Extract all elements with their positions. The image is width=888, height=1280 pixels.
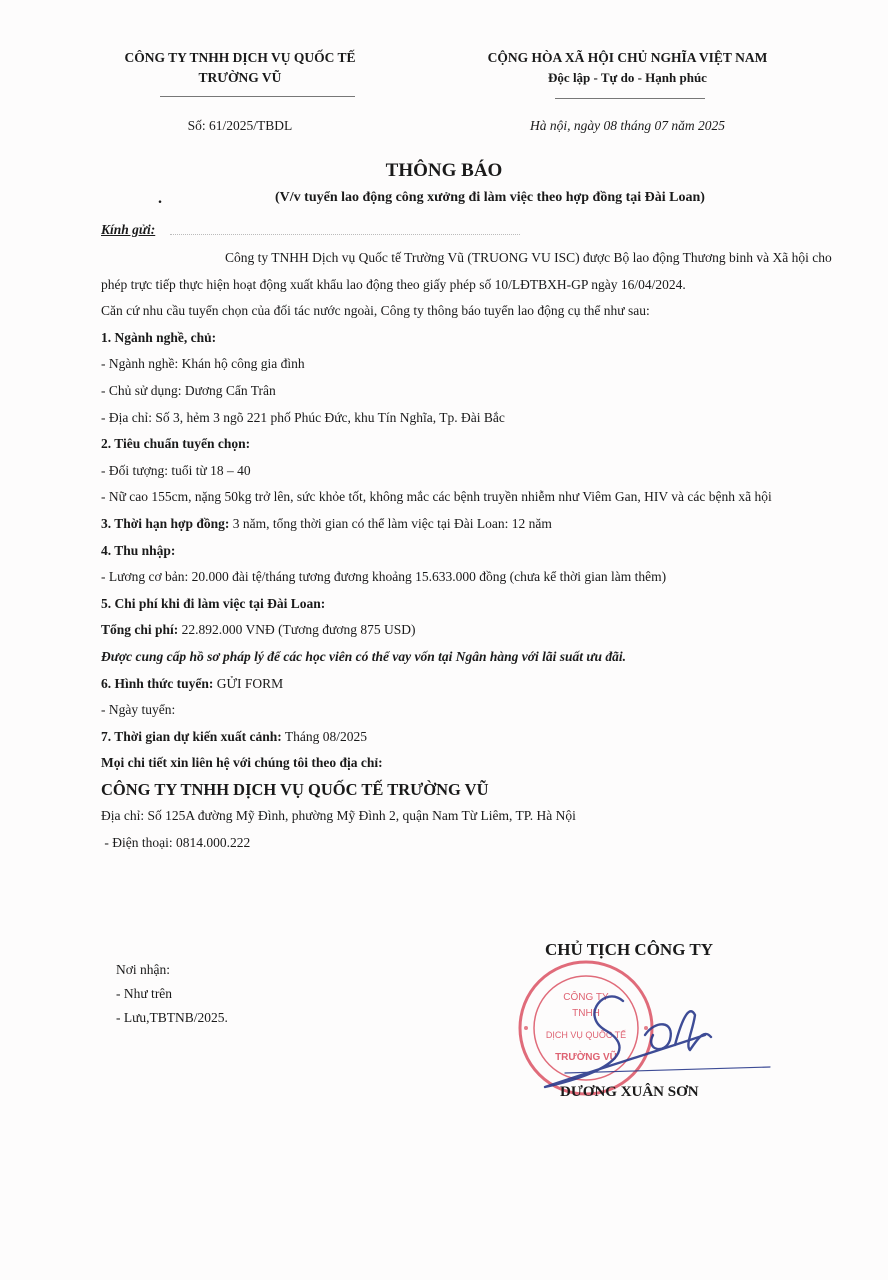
document-page: CÔNG TY TNHH DỊCH VỤ QUỐC TẾ TRƯỜNG VŨ C… <box>0 0 888 1280</box>
section-1-item: - Ngành nghề: Khán hộ công gia đình <box>101 351 851 378</box>
header-divider-left <box>160 96 355 97</box>
recipient-item: - Lưu,TBTNB/2025. <box>116 1006 228 1030</box>
contact-company: CÔNG TY TNHH DỊCH VỤ QUỐC TẾ TRƯỜNG VŨ <box>101 777 851 804</box>
contact-phone: - Điện thoại: 0814.000.222 <box>101 830 851 857</box>
document-title: THÔNG BÁO <box>0 160 888 182</box>
section-7-value: Tháng 08/2025 <box>282 729 367 744</box>
contact-intro: Mọi chi tiết xin liên hệ với chúng tôi t… <box>101 750 851 777</box>
salutation-dotted-line <box>170 234 520 235</box>
document-date: Hà nội, ngày 08 tháng 07 năm 2025 <box>455 118 800 134</box>
section-6-title: 6. Hình thức tuyển: <box>101 676 213 691</box>
total-cost-label: Tổng chi phí: <box>101 622 178 637</box>
document-body: Công ty TNHH Dịch vụ Quốc tế Trường Vũ (… <box>101 245 851 857</box>
section-5-note: Được cung cấp hồ sơ pháp lý để các học v… <box>101 644 851 671</box>
section-5-total: Tổng chi phí: 22.892.000 VNĐ (Tương đươn… <box>101 617 851 644</box>
section-2-title: 2. Tiêu chuẩn tuyển chọn: <box>101 431 851 458</box>
section-6-item: - Ngày tuyển: <box>101 697 851 724</box>
recipients-block: Nơi nhận: - Như trên - Lưu,TBTNB/2025. <box>116 958 228 1030</box>
national-motto: Độc lập - Tự do - Hạnh phúc <box>455 68 800 88</box>
nation-header: CỘNG HÒA XÃ HỘI CHỦ NGHĨA VIỆT NAM Độc l… <box>455 48 800 88</box>
section-3-title: 3. Thời hạn hợp đồng: <box>101 516 229 531</box>
handwritten-signature <box>525 975 775 1095</box>
recipients-label: Nơi nhận: <box>116 958 228 982</box>
section-5-title: 5. Chi phí khi đi làm việc tại Đài Loan: <box>101 591 851 618</box>
section-3: 3. Thời hạn hợp đồng: 3 năm, tổng thời g… <box>101 511 851 538</box>
section-2-item: - Đối tượng: tuổi từ 18 – 40 <box>101 458 851 485</box>
signer-title: CHỦ TỊCH CÔNG TY <box>545 940 713 960</box>
salutation: Kính gửi: <box>101 222 155 238</box>
section-3-value: 3 năm, tổng thời gian có thể làm việc tạ… <box>229 516 551 531</box>
recipient-item: - Như trên <box>116 982 228 1006</box>
header-divider-right <box>555 98 705 99</box>
total-cost-value: 22.892.000 VNĐ (Tương đương 875 USD) <box>178 622 415 637</box>
section-4-item: - Lương cơ bản: 20.000 đài tệ/tháng tươn… <box>101 564 851 591</box>
section-4-title: 4. Thu nhập: <box>101 538 851 565</box>
company-header: CÔNG TY TNHH DỊCH VỤ QUỐC TẾ TRƯỜNG VŨ <box>95 48 385 88</box>
contact-address: Địa chỉ: Số 125A đường Mỹ Đình, phường M… <box>101 803 851 830</box>
section-1-title: 1. Ngành nghề, chủ: <box>101 325 851 352</box>
signer-name: DƯƠNG XUÂN SƠN <box>560 1084 699 1101</box>
intro-paragraph: Công ty TNHH Dịch vụ Quốc tế Trường Vũ (… <box>101 245 851 298</box>
company-name-line1: CÔNG TY TNHH DỊCH VỤ QUỐC TẾ <box>95 48 385 68</box>
section-1-item: - Chủ sử dụng: Dương Cẩn Trân <box>101 378 851 405</box>
basis-paragraph: Căn cứ nhu cầu tuyển chọn của đối tác nư… <box>101 298 851 325</box>
document-subtitle: (V/v tuyển lao động công xưởng đi làm vi… <box>140 190 840 206</box>
company-name-line2: TRƯỜNG VŨ <box>95 68 385 88</box>
section-7: 7. Thời gian dự kiến xuất cảnh: Tháng 08… <box>101 724 851 751</box>
section-2-item: - Nữ cao 155cm, nặng 50kg trở lên, sức k… <box>101 484 851 511</box>
section-1-item: - Địa chỉ: Số 3, hẻm 3 ngõ 221 phố Phúc … <box>101 405 851 432</box>
document-number: Số: 61/2025/TBDL <box>95 118 385 134</box>
section-6: 6. Hình thức tuyển: GỬI FORM <box>101 671 851 698</box>
nation-name: CỘNG HÒA XÃ HỘI CHỦ NGHĨA VIỆT NAM <box>455 48 800 68</box>
section-6-value: GỬI FORM <box>213 676 283 691</box>
section-7-title: 7. Thời gian dự kiến xuất cảnh: <box>101 729 282 744</box>
